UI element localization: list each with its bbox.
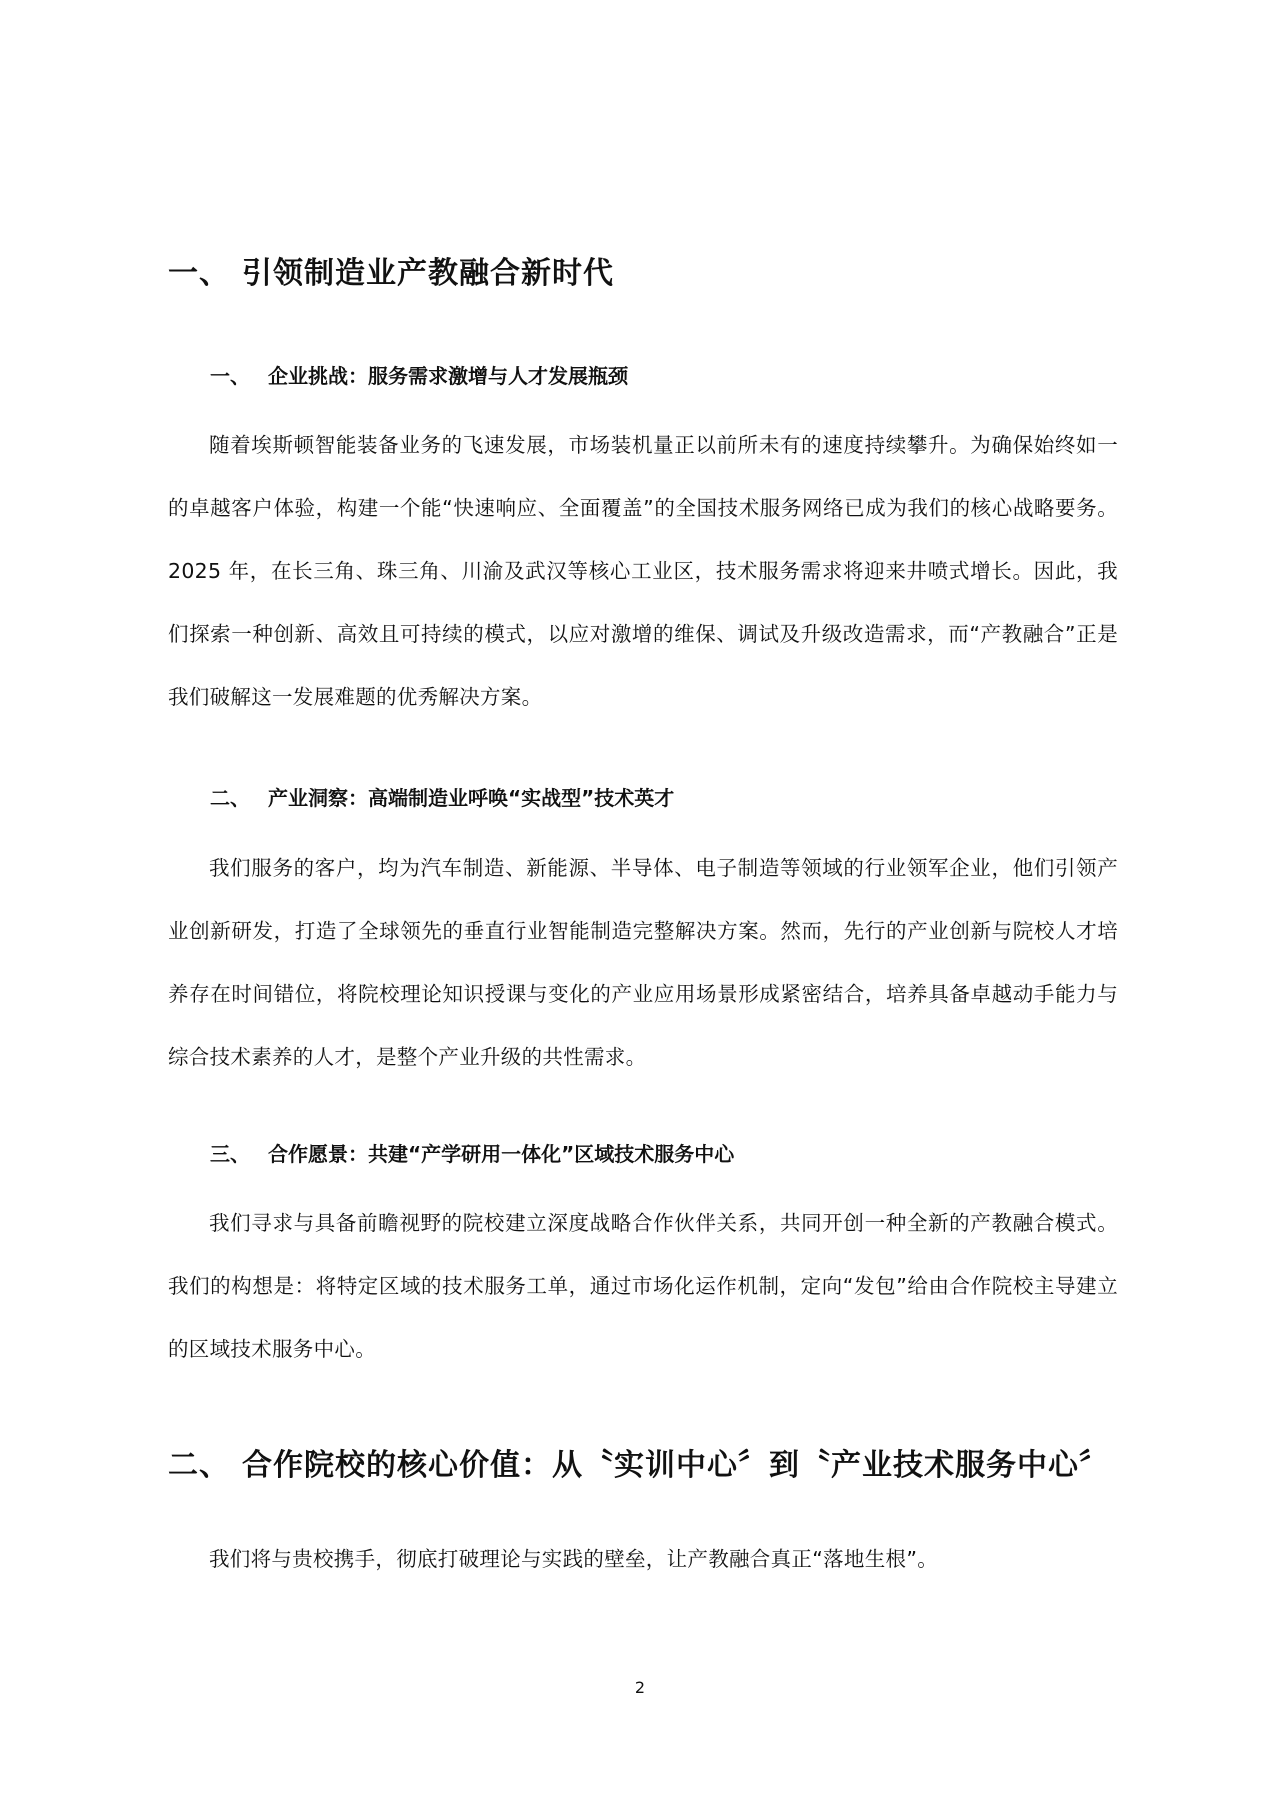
subsection-1-1-heading: 一、企业挑战：服务需求激增与人才发展瓶颈: [210, 360, 628, 389]
page-number: 2: [0, 1678, 1280, 1697]
document-page: 一、引领制造业产教融合新时代 一、企业挑战：服务需求激增与人才发展瓶颈 随着埃斯…: [0, 0, 1280, 1809]
section-2-title: 合作院校的核心价值：从〝实训中心〞到〝产业技术服务中心〞: [242, 1448, 1110, 1483]
section-2-paragraph: 我们将与贵校携手，彻底打破理论与实践的壁垒，让产教融合真正“落地生根”。: [168, 1528, 1118, 1591]
subsection-1-1-number: 一、: [210, 360, 268, 389]
subsection-1-3-title: 合作愿景：共建“产学研用一体化”区域技术服务中心: [268, 1142, 734, 1166]
section-2-heading: 二、合作院校的核心价值：从〝实训中心〞到〝产业技术服务中心〞: [168, 1440, 1110, 1484]
section-1-title: 引领制造业产教融合新时代: [242, 256, 614, 291]
subsection-1-1-paragraph: 随着埃斯顿智能装备业务的飞速发展，市场装机量正以前所未有的速度持续攀升。为确保始…: [168, 414, 1118, 729]
subsection-1-2-number: 二、: [210, 782, 268, 811]
subsection-1-3-heading: 三、合作愿景：共建“产学研用一体化”区域技术服务中心: [210, 1138, 734, 1167]
section-1-number: 一、: [168, 248, 242, 292]
subsection-1-2-title: 产业洞察：高端制造业呼唤“实战型”技术英才: [268, 786, 674, 810]
subsection-1-3-number: 三、: [210, 1138, 268, 1167]
subsection-1-2-heading: 二、产业洞察：高端制造业呼唤“实战型”技术英才: [210, 782, 674, 811]
section-1-heading: 一、引领制造业产教融合新时代: [168, 248, 614, 292]
subsection-1-2-paragraph: 我们服务的客户，均为汽车制造、新能源、半导体、电子制造等领域的行业领军企业，他们…: [168, 837, 1118, 1089]
section-2-number: 二、: [168, 1440, 242, 1484]
subsection-1-3-paragraph: 我们寻求与具备前瞻视野的院校建立深度战略合作伙伴关系，共同开创一种全新的产教融合…: [168, 1192, 1118, 1381]
subsection-1-1-title: 企业挑战：服务需求激增与人才发展瓶颈: [268, 364, 628, 388]
